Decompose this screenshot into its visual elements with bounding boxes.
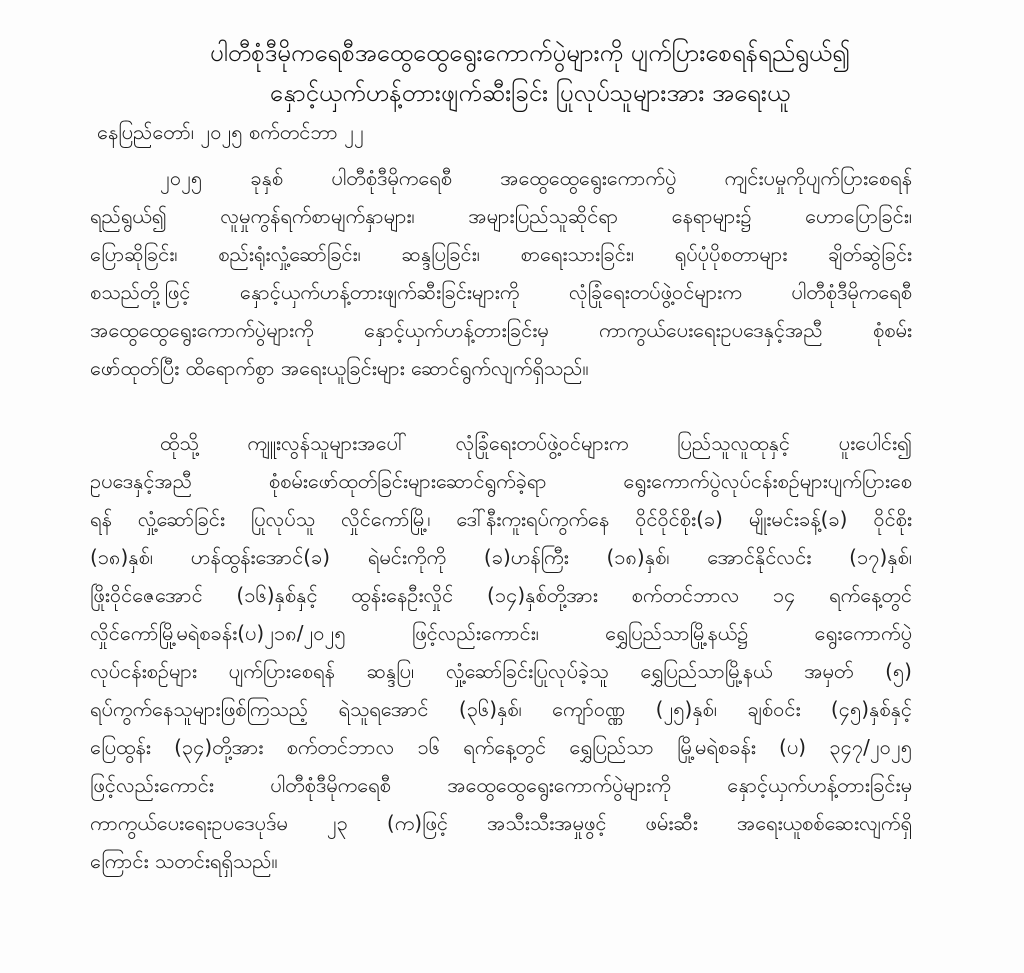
paragraph-2-line: ဖြင့်လည်းကောင်း ပါတီစုံဒီမိုကရေစီ အထွေထွ… [90, 767, 912, 803]
paragraph-2-line: လှိုင်ကော်မြို့မရဲစခန်း(ပ)၂၁၈/၂၀၂၅ ဖြင့်… [90, 615, 912, 651]
paragraph-1-line: ပြောဆိုခြင်း၊ စည်းရုံးလှုံ့ဆော်ခြင်း၊ ဆန… [90, 236, 912, 272]
paragraph-1-line: ၂၀၂၅ ခုနှစ် ပါတီစုံဒီမိုကရေစီ အထွေထွေရွေ… [160, 160, 912, 196]
headline-line-2: နှောင့်ယှက်ဟန့်တားဖျက်ဆီးခြင်း ပြုလုပ်သူ… [90, 74, 970, 112]
paragraph-2-line: ကာကွယ်ပေးရေးဥပဒေပုဒ်မ ၂၃ (က)ဖြင့် အသီးသီ… [90, 805, 912, 841]
paragraph-2-line: ပြေထွန်း (၃၄)တို့အား စက်တင်ဘာလ ၁၆ ရက်နေ့… [90, 729, 912, 765]
paragraph-2-line: (၁၈)နှစ်၊ ဟန်ထွန်းအောင်(ခ) ရဲမင်းကိုကို … [90, 539, 912, 575]
paragraph-1-line: ရည်ရွယ်၍ လူမှုကွန်ရက်စာမျက်နှာများ၊ အမျာ… [90, 198, 912, 234]
paragraph-2-line: ဖြိုးဝိုင်ဇေအောင် (၁၆)နှစ်နှင့် ထွန်းနေဦ… [90, 577, 912, 613]
paragraph-1-line: အထွေထွေရွေးကောက်ပွဲများကို နှောင့်ယှက်ဟန… [90, 312, 912, 348]
headline-line-1: ပါတီစုံဒီမိုကရေစီအထွေထွေရွေးကောက်ပွဲများ… [90, 34, 970, 72]
paragraph-2-line: လုပ်ငန်းစဉ်များ ပျက်ပြားစေရန် ဆန္ဒပြ၊ လှ… [90, 653, 912, 689]
paragraph-1-line: ဖော်ထုတ်ပြီး ထိရောက်စွာ အရေးယူခြင်းများ … [90, 350, 912, 386]
document-page: ပါတီစုံဒီမိုကရေစီအထွေထွေရွေးကောက်ပွဲများ… [0, 0, 1024, 973]
paragraph-2-line: ရန် လှုံ့ဆော်ခြင်း ပြုလုပ်သူ လှိုင်ကော်မ… [90, 501, 912, 537]
dateline: နေပြည်တော်၊ ၂၀၂၅ စက်တင်ဘာ ၂၂ [97, 114, 364, 150]
paragraph-2-line: ကြောင်း သတင်းရရှိသည်။ [90, 843, 912, 879]
paragraph-2-line: ရပ်ကွက်နေသူများဖြစ်ကြသည့် ရဲသူရအောင် (၃၆… [90, 691, 912, 727]
paragraph-2-line: ဥပဒေနှင့်အညီ စုံစမ်းဖော်ထုတ်ခြင်းများဆော… [90, 463, 912, 499]
paragraph-1-line: စသည်တို့ဖြင့် နှောင့်ယှက်ဟန့်တားဖျက်ဆီးခ… [90, 274, 912, 310]
paragraph-2-line: ထိုသို့ ကျူးလွန်သူများအပေါ် လုံခြုံရေးတပ… [160, 425, 912, 461]
